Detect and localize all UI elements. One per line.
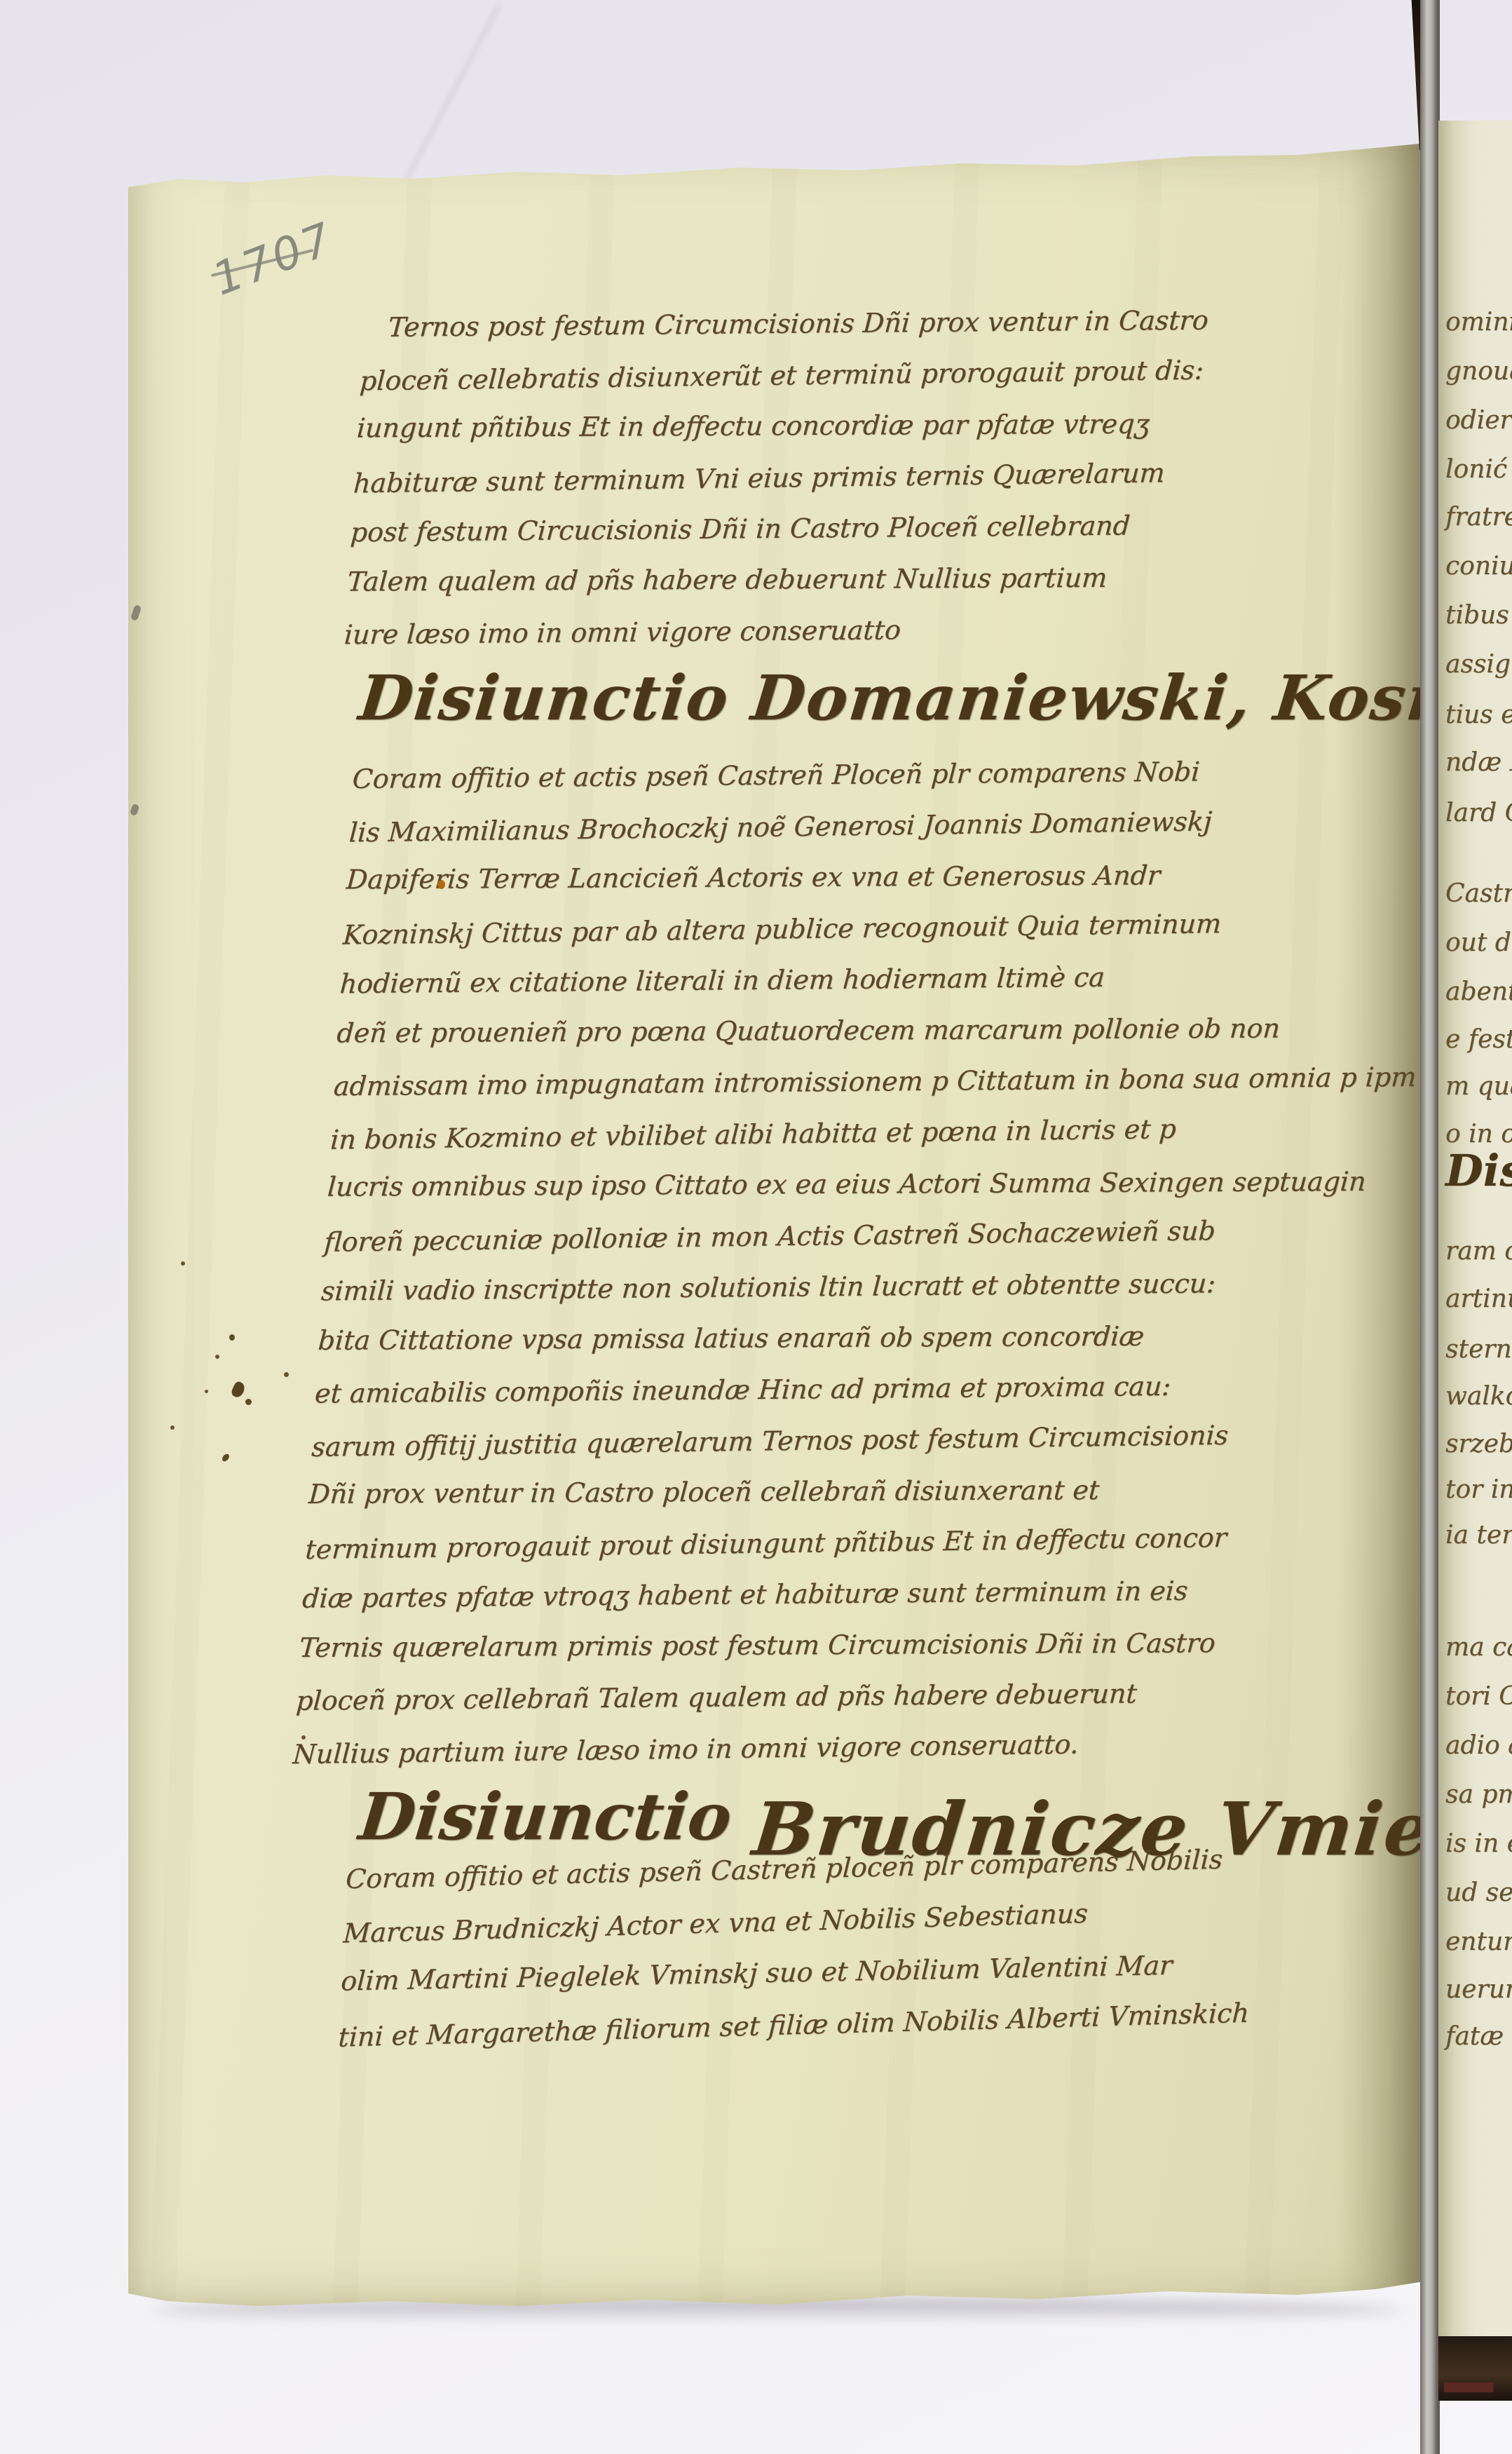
facing-line-fragment: tor infor bbox=[1445, 1476, 1512, 1504]
manuscript-line: iure læso imo in omni vigore conseruatto bbox=[343, 600, 1411, 660]
facing-line-fragment: out disiu bbox=[1445, 929, 1512, 957]
facing-line-fragment: adio ac bbox=[1445, 1732, 1512, 1760]
facing-line-fragment: e festu bbox=[1445, 1026, 1512, 1054]
facing-line-fragment: tibus iu bbox=[1445, 602, 1512, 630]
facing-line-fragment: walkowsk bbox=[1445, 1383, 1512, 1411]
facing-line-fragment: Disiun bbox=[1445, 1157, 1512, 1185]
facing-line-fragment: tius en bbox=[1445, 701, 1512, 729]
ink-speck bbox=[205, 1390, 208, 1393]
facing-line-fragment: ram offi bbox=[1445, 1238, 1512, 1266]
ink-speck bbox=[284, 1372, 289, 1377]
ink-speck bbox=[215, 1355, 219, 1359]
facing-line-fragment: tori Cen bbox=[1445, 1683, 1512, 1711]
manuscript-line: Dapiferis Terræ Lancicieñ Actoris ex vna… bbox=[345, 848, 1427, 905]
manuscript-line: Talem qualem ad pñs habere debuerunt Nul… bbox=[346, 551, 1414, 608]
facing-line-fragment: uerunt p bbox=[1445, 1976, 1512, 2004]
facing-line-fragment: entur in bbox=[1445, 1928, 1512, 1956]
facing-line-fragment: ominibus bbox=[1445, 309, 1512, 337]
facing-line-fragment: sterna bbox=[1445, 1336, 1512, 1364]
facing-line-fragment: gnouarum bbox=[1445, 358, 1512, 386]
photo-of-manuscript: { "photo": { "folio_number": "1707", "pa… bbox=[0, 0, 1512, 2454]
glass-plate-edge bbox=[1420, 0, 1440, 2454]
continuation-text: Ternos post festum Circumcisionis Dñi pr… bbox=[343, 293, 1430, 661]
entry-body-domaniewski: Coram offitio et actis pseñ Castreñ Ploc… bbox=[292, 745, 1433, 1778]
facing-line-fragment: ia terniu bbox=[1445, 1521, 1512, 1550]
manuscript-line: iungunt pñtibus Et in deffectu concordiæ… bbox=[355, 397, 1424, 454]
facing-line-fragment: ma cade bbox=[1445, 1634, 1512, 1662]
facing-page-paper bbox=[1438, 121, 1512, 2336]
ink-speck bbox=[245, 1399, 252, 1405]
ink-speck bbox=[181, 1261, 185, 1266]
facing-line-fragment: sa pmissa bbox=[1445, 1781, 1512, 1809]
facing-line-fragment: is in er bbox=[1445, 1830, 1512, 1858]
facing-line-fragment: assignat bbox=[1445, 651, 1512, 679]
facing-line-fragment: odiernam bbox=[1445, 407, 1512, 435]
facing-line-fragment: artinus bbox=[1445, 1285, 1512, 1313]
manuscript-line: lucris omnibus sup ipso Cittato ex ea ei… bbox=[326, 1156, 1408, 1213]
entry-heading-domaniewski-kosnina: Disiunctio Domaniewski, Kosnina bbox=[356, 661, 1512, 734]
facing-line-fragment: m qualem bbox=[1445, 1073, 1512, 1101]
facing-page-strip: ominibusgnouarumodiernamlonić Pofratreco… bbox=[1438, 0, 1512, 2454]
facing-line-fragment: ndæ Hi bbox=[1445, 749, 1512, 777]
facing-line-fragment: abent ed bbox=[1445, 978, 1512, 1006]
ink-speck bbox=[437, 880, 445, 889]
manuscript-line: bita Cittatione vpsa pmissa latius enara… bbox=[316, 1310, 1398, 1367]
facing-line-fragment: lonić Po bbox=[1445, 456, 1512, 484]
ink-speck bbox=[301, 1735, 306, 1740]
facing-line-fragment: fratre bbox=[1445, 503, 1512, 531]
facing-line-fragment: lard Cau bbox=[1445, 799, 1512, 827]
entry-heading-disiunctio: Disiunctio bbox=[355, 1779, 735, 1855]
entry-body-brudnicze: Coram offitio et actis pseñ Castreñ ploc… bbox=[337, 1829, 1430, 2061]
manuscript-page: 1707 Ternos post festum Circumcisionis D… bbox=[128, 137, 1427, 2314]
manuscript-line: Ternis quærelarum primis post festum Cir… bbox=[298, 1617, 1380, 1674]
facing-line-fragment: ud seu ca bbox=[1445, 1879, 1512, 1907]
manuscript-line: Dñi prox ventur in Castro ploceñ cellebr… bbox=[307, 1463, 1389, 1520]
ink-speck bbox=[229, 1334, 235, 1341]
facing-line-fragment: coniun bbox=[1445, 553, 1512, 581]
binding-maroon-sliver bbox=[1444, 2382, 1493, 2392]
manuscript-line: deñ et prouenieñ pro pœna Quatuordecem m… bbox=[335, 1002, 1417, 1059]
ink-speck bbox=[170, 1425, 175, 1430]
facing-line-fragment: srzebie bbox=[1445, 1430, 1512, 1458]
facing-line-fragment: o in om bbox=[1445, 1120, 1512, 1148]
facing-line-fragment: Castro plo bbox=[1445, 880, 1512, 908]
facing-line-fragment: fatæ Vtr bbox=[1445, 2023, 1512, 2051]
